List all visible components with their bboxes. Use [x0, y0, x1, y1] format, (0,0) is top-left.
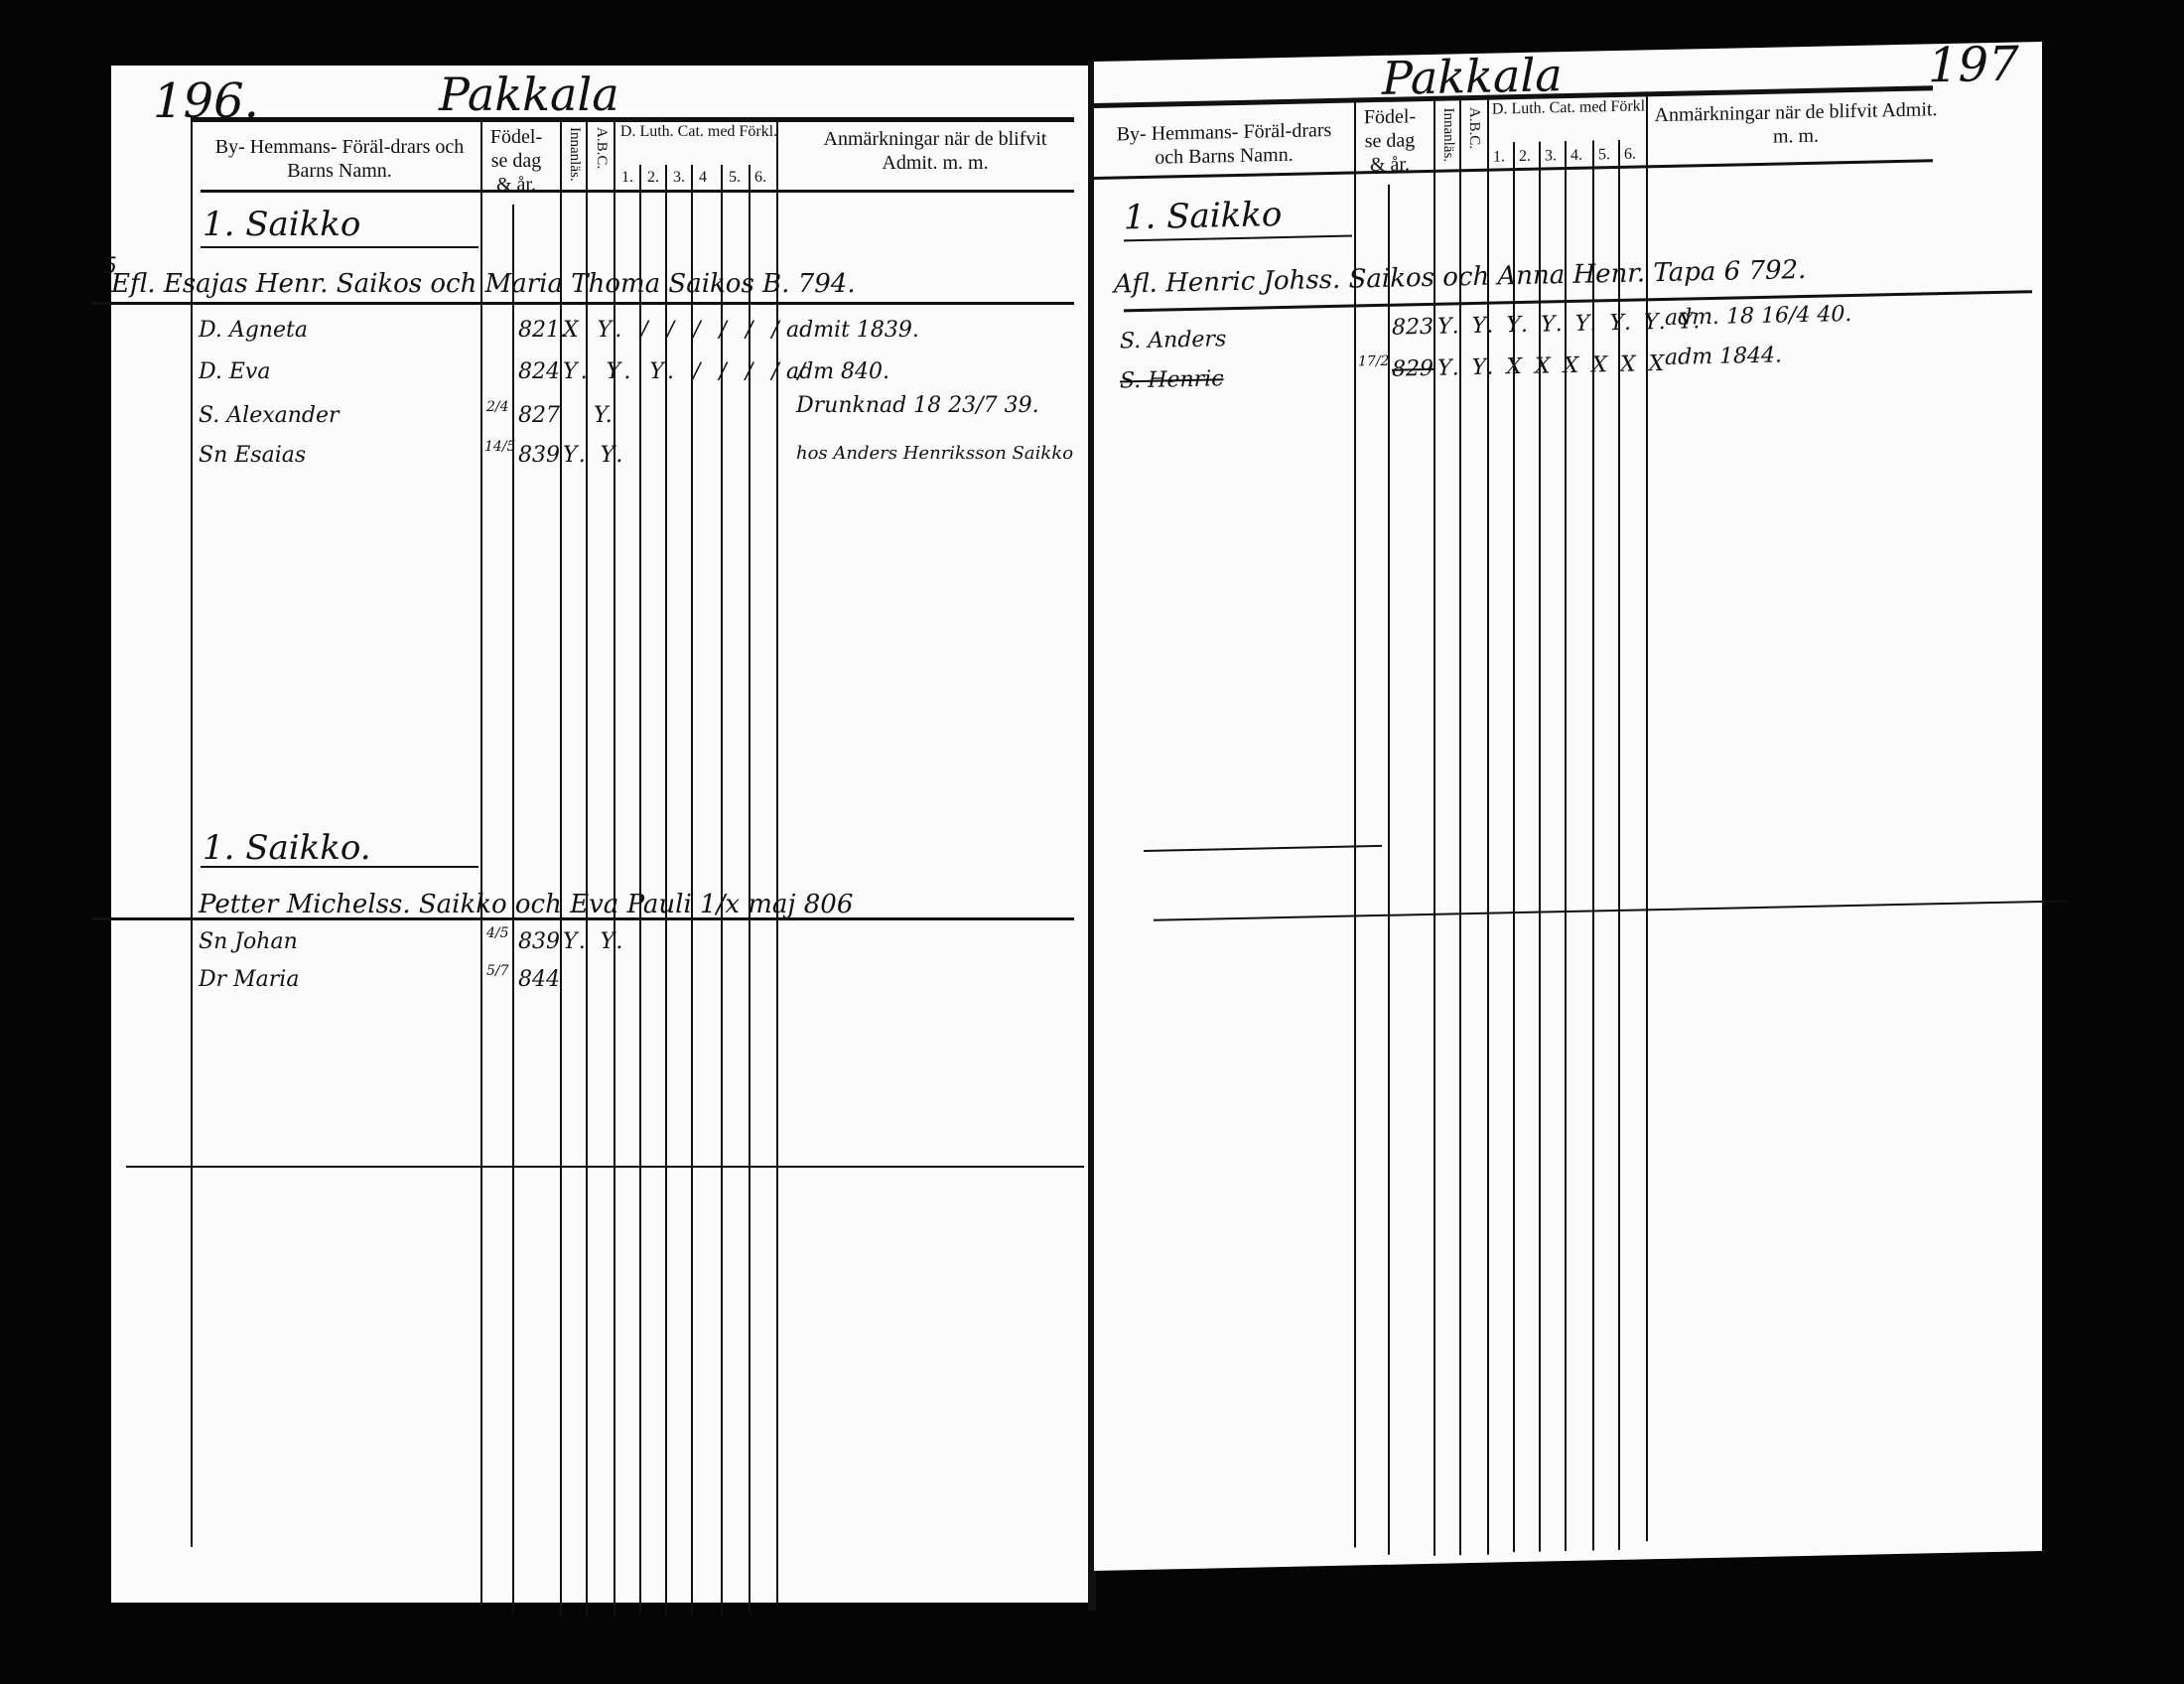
section-rule — [1144, 845, 1382, 852]
column-header-remarks: Anmärkningar när de blifvit Admit. m. m. — [796, 127, 1074, 175]
column-header-innanlas: Innanläs. — [566, 127, 583, 182]
col-line — [191, 117, 193, 1547]
member-birth-day: 2/4 — [486, 399, 509, 415]
household-heading: 1. Saikko — [1124, 195, 1282, 237]
column-header-catechism: D. Luth. Cat. med Förkl. — [619, 123, 778, 141]
member-birth-day: 17/2 — [1358, 353, 1389, 370]
member-birth: 821. — [518, 318, 567, 343]
member-marks: Y. Y. — [563, 929, 626, 954]
left-register-page: 196. Pakkala By- Hemmans- Föräl-drars oc… — [111, 66, 1089, 1603]
member-marks: Y. Y. X X X X X X — [1437, 351, 1667, 381]
header-bottom-rule — [201, 190, 1074, 193]
member-marks: Y. Y. — [563, 443, 626, 468]
col-line — [480, 117, 482, 1607]
header-top-rule — [191, 117, 1074, 122]
section-rule — [126, 1166, 1084, 1168]
member-remark: adm 840. — [786, 359, 889, 384]
household-head-line: Petter Michelss. Saikko och Eva Pauli 1/… — [199, 890, 853, 919]
column-header-catechism: D. Luth. Cat. med Förkl. — [1491, 97, 1650, 118]
member-birth: 839 — [518, 443, 560, 468]
village-title: Pakkala — [439, 68, 619, 121]
member-remark: Drunknad 18 23/7 39. — [796, 393, 1039, 418]
member-remark: adm. 18 16/4 40. — [1665, 302, 1851, 331]
cat-col-2: 2. — [647, 169, 659, 187]
member-birth: 844 — [518, 967, 560, 992]
member-birth-day: 14/5 — [484, 439, 515, 455]
member-birth: 827 — [518, 403, 560, 428]
member-name: S. Henric — [1120, 366, 1224, 393]
member-remark: admit 1839. — [786, 318, 919, 343]
member-marks: Y. — [594, 403, 613, 428]
member-birth: 829 — [1392, 356, 1433, 382]
heading-underline — [201, 866, 478, 868]
row-rule — [91, 302, 1074, 305]
column-header-names: By- Hemmans- Föräl-drars och Barns Namn. — [1100, 118, 1348, 171]
member-name: D. Eva — [199, 359, 270, 384]
section-rule — [1154, 900, 2067, 920]
member-name: Sn Johan — [199, 929, 298, 954]
member-birth: 839 — [518, 929, 560, 954]
member-marks: Y. Y. Y. Y. Y. Y. Y. Y. — [1437, 309, 1703, 340]
member-name: S. Anders — [1120, 327, 1226, 353]
member-name: S. Alexander — [199, 403, 340, 428]
cat-col-1: 1. — [621, 169, 633, 187]
column-header-birth: Födel-se dag & år. — [1360, 104, 1420, 177]
member-name: Dr Maria — [199, 967, 299, 992]
column-header-innanlas: Innanläs. — [1439, 107, 1456, 162]
row-rule — [91, 917, 1074, 920]
member-name: Sn Esaias — [199, 443, 306, 468]
cat-col-5: 5. — [1598, 146, 1610, 164]
member-birth-day: 5/7 — [486, 963, 509, 979]
cat-col-5: 5. — [729, 169, 741, 187]
household-heading: 1. Saikko. — [203, 828, 371, 868]
cat-col-3: 3. — [673, 169, 685, 187]
household-heading: 1. Saikko — [203, 205, 360, 244]
col-line — [1354, 97, 1356, 1547]
col-line — [1433, 96, 1435, 1556]
column-header-remarks: Anmärkningar när de blifvit Admit. m. m. — [1652, 97, 1940, 151]
member-name: D. Agneta — [199, 318, 308, 343]
member-birth: 823 — [1392, 315, 1433, 341]
member-remark: hos Anders Henriksson Saikko — [796, 443, 1073, 464]
household-head-line: Efl. Esajas Henr. Saikos och Maria Thoma… — [111, 269, 856, 299]
cat-col-4: 4. — [1570, 147, 1582, 165]
right-register-page: Pakkala 197 By- Hemmans- Föräl-drars och… — [1094, 42, 2042, 1571]
col-line — [1388, 185, 1390, 1555]
member-birth: 824 — [518, 359, 560, 384]
column-header-abc: A.B.C. — [593, 127, 610, 169]
cat-col-3: 3. — [1545, 147, 1557, 165]
cat-col-2: 2. — [1519, 148, 1531, 166]
column-header-abc: A.B.C. — [1465, 107, 1482, 149]
member-remark: adm 1844. — [1665, 343, 1782, 369]
cat-col-1: 1. — [1493, 148, 1505, 166]
member-birth-day: 4/5 — [486, 925, 509, 941]
cat-col-6: 6. — [1624, 146, 1636, 164]
column-header-names: By- Hemmans- Föräl-drars och Barns Namn. — [201, 135, 478, 183]
heading-underline — [201, 246, 478, 248]
member-marks: X Y. / / / / / / — [563, 318, 785, 343]
page-number: 197 — [1928, 36, 2019, 93]
column-header-birth: Födel-se dag & år. — [486, 125, 546, 197]
cat-col-6: 6. — [754, 169, 766, 187]
cat-col-4: 4 — [699, 169, 707, 187]
member-marks: Y. Y. Y. / / / / / — [563, 359, 811, 384]
